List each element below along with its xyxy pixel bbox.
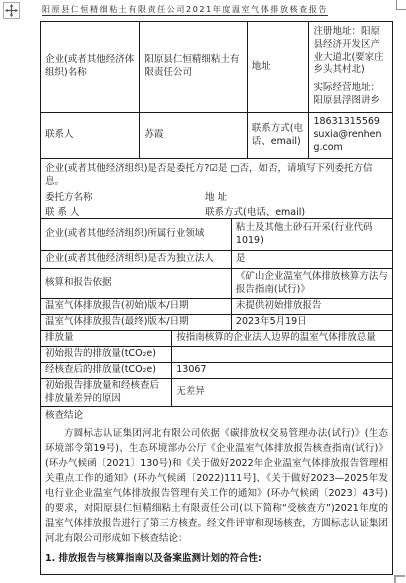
table-row: 企业(或者其他经济体组织)名称 阳原县仁恒精细粘土有限责任公司 地址 注册地址：… bbox=[41, 22, 392, 113]
contact-phone: 18631315569 bbox=[313, 116, 388, 129]
client-contact-line: 联 系 人联系方式(电话、email) bbox=[45, 207, 388, 218]
contact-name: 苏霞 bbox=[140, 113, 247, 158]
table-row: 核算和报告依据 《矿山企业温室气体排放核算方法与报告指南(试行)》 bbox=[41, 269, 392, 299]
table-row: 企业(或者其他经济组织)是否为独立法人 是 bbox=[41, 251, 392, 269]
client-contact-label: 联 系 人 bbox=[45, 207, 205, 218]
document-header: 阳原县仁恒精细粘土有限责任公司2021年度温室气体排放核查报告 bbox=[42, 4, 372, 15]
table-row: 经核查后的排放量(tCO₂e) 13067 bbox=[41, 363, 392, 379]
conclusion-section: 核查结论 方圆标志认证集团河北有限公司依据《碳排放权交易管理办法(试行)》(生态… bbox=[41, 407, 392, 576]
table-resize-handle[interactable] bbox=[394, 575, 405, 583]
move-icon bbox=[5, 4, 18, 17]
difference-value: 无差异 bbox=[172, 379, 392, 406]
client-name-label: 委托方名称 bbox=[45, 192, 205, 205]
client-question: 企业(或者其他经济组织)是否是委托方? bbox=[45, 163, 209, 174]
contact-label: 联系人 bbox=[41, 113, 140, 158]
checkbox-checked-icon: ☑ bbox=[209, 163, 218, 176]
table-row: 排放量 按指南核算的企业法人边界的温室气体排放总量 bbox=[41, 331, 392, 347]
client-contact-method-label: 联系方式(电话、email) bbox=[205, 207, 305, 218]
client-question-line: 企业(或者其他经济组织)是否是委托方?☑是 □否，如否，请填写下列委托方信息。 bbox=[45, 163, 388, 189]
initial-report-label: 温室气体排放报告(初始)版本/日期 bbox=[41, 299, 232, 314]
address-label: 地址 bbox=[248, 22, 310, 112]
adjacent-frame-corner bbox=[396, 0, 406, 10]
verified-emission-label: 经核查后的排放量(tCO₂e) bbox=[41, 363, 172, 378]
client-section: 企业(或者其他经济组织)是否是委托方?☑是 □否，如否，请填写下列委托方信息。 … bbox=[41, 159, 392, 218]
contact-email: suxia@renheng.com bbox=[313, 129, 388, 155]
final-report-label: 温室气体排放报告(最终)版本/日期 bbox=[41, 315, 232, 330]
contact-method-value: 18631315569 suxia@renheng.com bbox=[309, 113, 392, 158]
initial-emission-label: 初始报告的排放量(tCO₂e) bbox=[41, 347, 172, 362]
final-report-value: 2023年5月19日 bbox=[232, 315, 392, 330]
table-row: 企业(或者其他经济组织)所属行业领域 粘土及其他土砂石开采(行业代码1019) bbox=[41, 219, 392, 251]
legal-entity-label: 企业(或者其他经济组织)是否为独立法人 bbox=[41, 251, 232, 268]
client-address-label: 地 址 bbox=[205, 192, 227, 203]
company-name-value: 阳原县仁恒精细粘土有限责任公司 bbox=[140, 22, 247, 112]
conclusion-paragraph: 方圆标志认证集团河北有限公司依据《碳排放权交易管理办法(试行)》(生态环境部令第… bbox=[45, 426, 388, 546]
report-summary-table: 企业(或者其他经济体组织)名称 阳原县仁恒精细粘土有限责任公司 地址 注册地址：… bbox=[40, 21, 393, 575]
basis-value: 《矿山企业温室气体排放核算方法与报告指南(试行)》 bbox=[232, 269, 392, 298]
table-row: 初始报告排放量和经核查后排放量差异的原因 无差异 bbox=[41, 379, 392, 407]
industry-label: 企业(或者其他经济组织)所属行业领域 bbox=[41, 219, 232, 250]
actual-address: 实际经营地址：阳原县浮图讲乡 bbox=[313, 82, 388, 108]
document-page: 阳原县仁恒精细粘土有限责任公司2021年度温室气体排放核查报告 企业(或者其他经… bbox=[0, 0, 406, 583]
table-row: 企业(或者其他经济组织)是否是委托方?☑是 □否，如否，请填写下列委托方信息。 … bbox=[41, 159, 392, 219]
verified-emission-value: 13067 bbox=[172, 363, 392, 378]
client-yes-label: 是 bbox=[218, 163, 228, 174]
emissions-label: 排放量 bbox=[41, 331, 172, 346]
conclusion-heading-1: 1. 排放报告与核算指南以及备案监测计划的符合性: bbox=[45, 553, 388, 566]
table-row: 温室气体排放报告(初始)版本/日期 未提供初始排放报告 bbox=[41, 299, 392, 315]
table-row: 核查结论 方圆标志认证集团河北有限公司依据《碳排放权交易管理办法(试行)》(生态… bbox=[41, 407, 392, 576]
initial-emission-value bbox=[172, 347, 392, 362]
checkbox-unchecked-icon: □ bbox=[231, 163, 240, 176]
registered-address: 注册地址：阳原县经济开发区产业大道北(要家庄乡头其村北) bbox=[313, 26, 388, 77]
table-row: 温室气体排放报告(最终)版本/日期 2023年5月19日 bbox=[41, 315, 392, 331]
legal-entity-value: 是 bbox=[232, 251, 392, 268]
table-row: 联系人 苏霞 联系方式(电话、email) 18631315569 suxia@… bbox=[41, 113, 392, 159]
address-value: 注册地址：阳原县经济开发区产业大道北(要家庄乡头其村北) 实际经营地址：阳原县浮… bbox=[309, 22, 392, 112]
emissions-value: 按指南核算的企业法人边界的温室气体排放总量 bbox=[172, 331, 392, 346]
contact-method-label: 联系方式(电话、email) bbox=[248, 113, 310, 158]
conclusion-title: 核查结论 bbox=[45, 410, 388, 423]
client-name-line: 委托方名称地 址 bbox=[45, 192, 388, 205]
table-move-handle[interactable] bbox=[3, 2, 20, 19]
industry-value: 粘土及其他土砂石开采(行业代码1019) bbox=[232, 219, 392, 250]
table-row: 初始报告的排放量(tCO₂e) bbox=[41, 347, 392, 363]
initial-report-value: 未提供初始排放报告 bbox=[232, 299, 392, 314]
client-no-label: 否 bbox=[240, 163, 250, 174]
company-name-label: 企业(或者其他经济体组织)名称 bbox=[41, 22, 140, 112]
basis-label: 核算和报告依据 bbox=[41, 269, 232, 298]
document-title: 阳原县仁恒精细粘土有限责任公司2021年度温室气体排放核查报告 bbox=[42, 5, 328, 16]
difference-label: 初始报告排放量和经核查后排放量差异的原因 bbox=[41, 379, 172, 406]
